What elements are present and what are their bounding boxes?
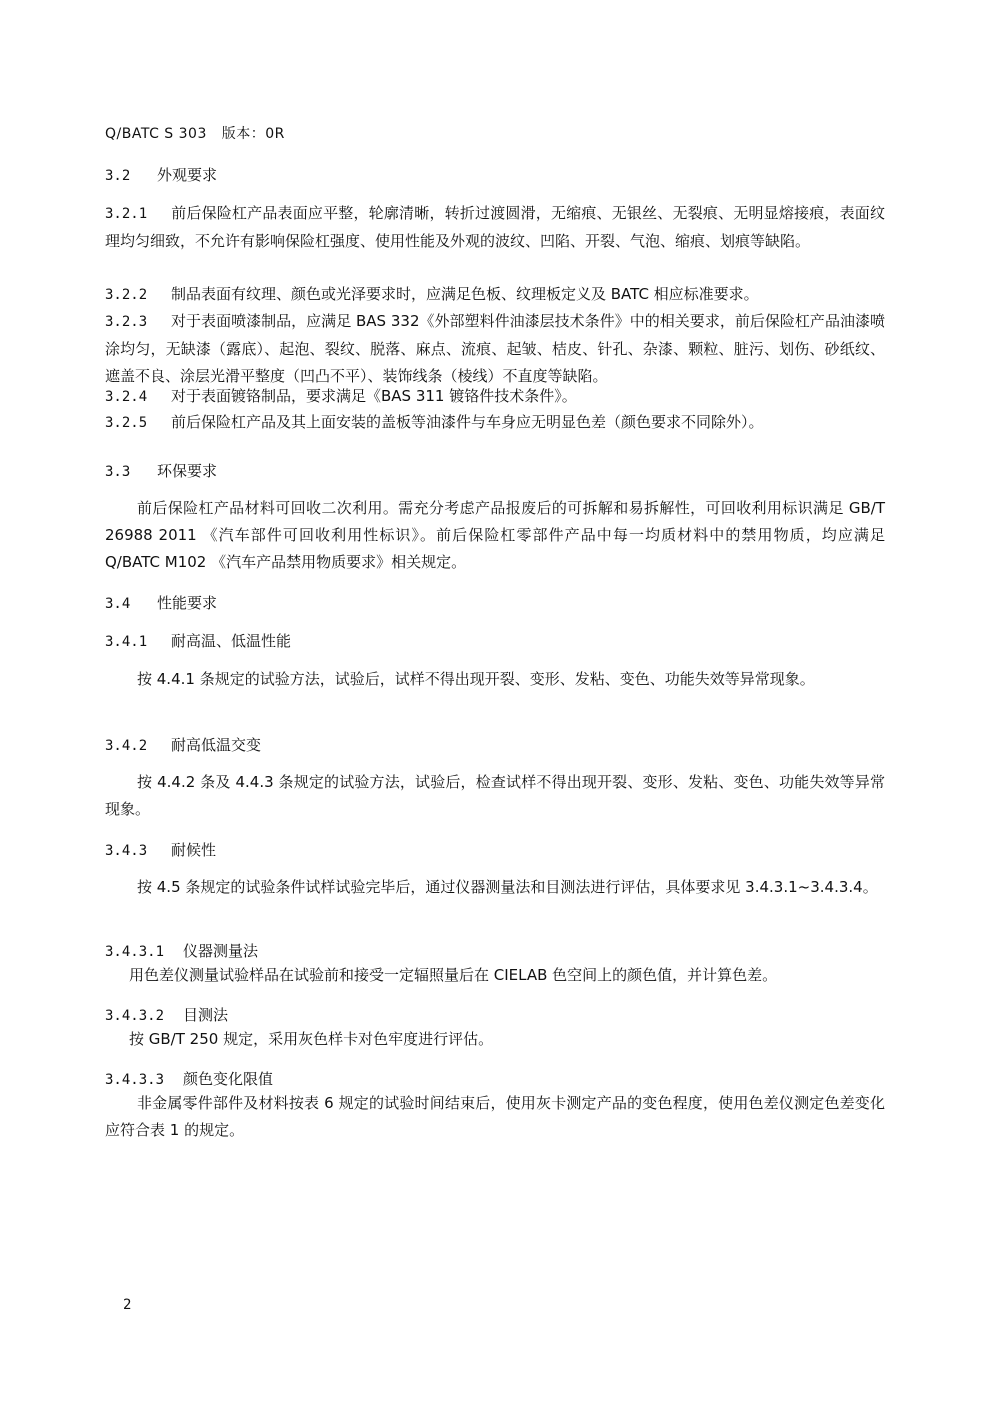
clause-3-2-5: 3.2.5前后保险杠产品及其上面安装的盖板等油漆件与车身应无明显色差（颜色要求不… bbox=[105, 409, 885, 437]
section-3-3-body: 前后保险杠产品材料可回收二次利用。需充分考虑产品报废后的可拆解和易拆解性，可回收… bbox=[105, 495, 885, 576]
clause-3-4-1-heading: 3.4.1耐高温、低温性能 bbox=[105, 628, 885, 656]
clause-3-2-4: 3.2.4对于表面镀铬制品，要求满足《BAS 311 镀铬件技术条件》。 bbox=[105, 383, 885, 411]
clause-3-2-1: 3.2.1前后保险杠产品表面应平整，轮廓清晰，转折过渡圆滑，无缩痕、无银丝、无裂… bbox=[105, 200, 885, 255]
clause-3-4-3-1-body: 用色差仪测量试验样品在试验前和接受一定辐照量后在 CIELAB 色空间上的颜色值… bbox=[105, 962, 885, 989]
document-id: Q/BATC S 303 bbox=[105, 126, 207, 142]
page-number: 2 bbox=[123, 1297, 131, 1313]
clause-3-4-3-heading: 3.4.3耐候性 bbox=[105, 837, 885, 865]
clause-3-4-3-2-body: 按 GB/T 250 规定，采用灰色样卡对色牢度进行评估。 bbox=[105, 1026, 885, 1053]
clause-3-2-3: 3.2.3对于表面喷漆制品，应满足 BAS 332《外部塑料件油漆层技术条件》中… bbox=[105, 308, 885, 390]
clause-3-2-2: 3.2.2制品表面有纹理、颜色或光泽要求时，应满足色板、纹理板定义及 BATC … bbox=[105, 281, 885, 309]
clause-3-4-2-body: 按 4.4.2 条及 4.4.3 条规定的试验方法，试验后，检查试样不得出现开裂… bbox=[105, 769, 885, 823]
clause-3-4-1-body: 按 4.4.1 条规定的试验方法，试验后，试样不得出现开裂、变形、发粘、变色、功… bbox=[105, 666, 885, 693]
document-header: Q/BATC S 303 版本：0R bbox=[105, 123, 285, 143]
version-label: 版本：0R bbox=[222, 126, 285, 142]
section-3-3-heading: 3.3环保要求 bbox=[105, 458, 885, 486]
clause-3-4-2-heading: 3.4.2耐高低温交变 bbox=[105, 732, 885, 760]
section-3-4-heading: 3.4性能要求 bbox=[105, 590, 885, 618]
section-3-2-heading: 3.2外观要求 bbox=[105, 162, 885, 190]
clause-3-4-3-body: 按 4.5 条规定的试验条件试样试验完毕后，通过仪器测量法和目测法进行评估，具体… bbox=[105, 874, 885, 901]
clause-3-4-3-3-body: 非金属零件部件及材料按表 6 规定的试验时间结束后，使用灰卡测定产品的变色程度，… bbox=[105, 1090, 885, 1144]
